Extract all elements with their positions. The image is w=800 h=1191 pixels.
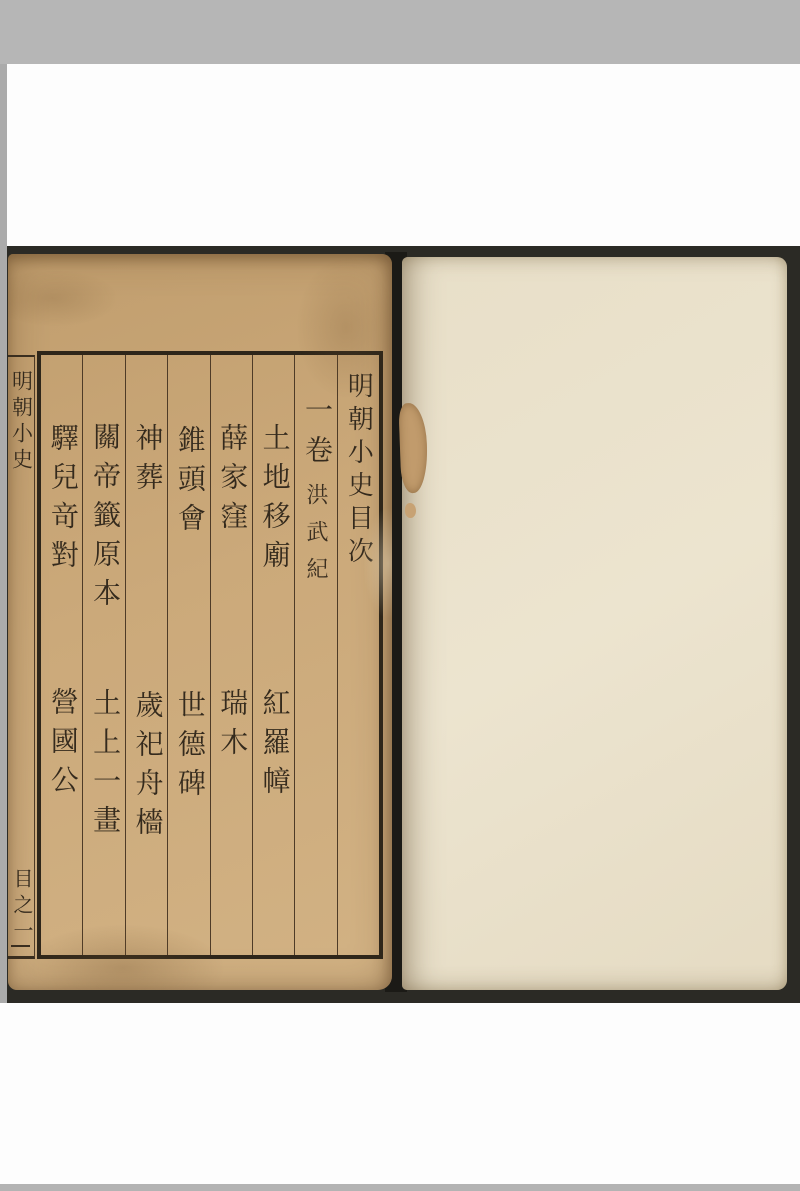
scanned-book-page: 明朝小史 目之一 明朝小史目次 一卷 洪武紀 土地移廟 紅羅幛 薛家 — [0, 0, 800, 1191]
toc-entry: 世德碑 — [175, 690, 203, 807]
toc-entry: 錐頭會 — [175, 425, 203, 542]
toc-column-entry: 神葬 歲祀舟檣 — [125, 355, 167, 955]
toc-entry: 薛家窪 — [217, 423, 245, 540]
toc-frame: 明朝小史目次 一卷 洪武紀 土地移廟 紅羅幛 薛家窪 瑞木 錐頭會 世德碑 — [37, 351, 383, 959]
toc-entry: 歲祀舟檣 — [132, 690, 160, 846]
book-photo: 明朝小史 目之一 明朝小史目次 一卷 洪武紀 土地移廟 紅羅幛 薛家 — [7, 246, 800, 1003]
toc-entry: 營國公 — [48, 687, 76, 804]
toc-entry: 神葬 — [132, 423, 160, 501]
scanner-band-top — [0, 0, 800, 64]
left-page: 明朝小史 目之一 明朝小史目次 一卷 洪武紀 土地移廟 紅羅幛 薛家 — [8, 254, 392, 990]
toc-column-entry: 關帝籤原本 土上一畫 — [82, 355, 124, 955]
toc-column-entry: 錐頭會 世德碑 — [167, 355, 209, 955]
toc-entry: 驛兒竒對 — [48, 423, 76, 579]
white-margin-bottom — [0, 1003, 800, 1184]
toc-entry: 土地移廟 — [260, 423, 288, 579]
toc-title: 明朝小史目次 — [345, 372, 371, 570]
scanner-strip-left — [0, 64, 7, 1003]
toc-column-entry: 薛家窪 瑞木 — [210, 355, 252, 955]
folio-rule — [11, 945, 30, 947]
toc-column-entry: 驛兒竒對 營國公 — [41, 355, 82, 955]
toc-column-volume: 一卷 洪武紀 — [294, 355, 336, 955]
repair-patch — [398, 403, 428, 494]
repair-patch-small — [405, 503, 416, 518]
right-page — [402, 257, 787, 990]
toc-entry: 關帝籤原本 — [90, 422, 118, 617]
toc-entry: 紅羅幛 — [260, 688, 288, 805]
toc-entry: 瑞木 — [217, 688, 245, 766]
folio-label: 目之一 — [11, 868, 31, 946]
white-margin-top — [7, 64, 800, 246]
volume-label: 一卷 — [302, 395, 330, 475]
scanner-band-bottom — [0, 1184, 800, 1191]
toc-column-entry: 土地移廟 紅羅幛 — [252, 355, 294, 955]
spine-title: 明朝小史 — [11, 370, 32, 474]
volume-subtitle: 洪武紀 — [305, 483, 327, 594]
toc-entry: 土上一畫 — [90, 688, 118, 844]
banxin-margin-strip: 明朝小史 目之一 — [8, 355, 35, 959]
toc-column-title: 明朝小史目次 — [337, 355, 379, 955]
